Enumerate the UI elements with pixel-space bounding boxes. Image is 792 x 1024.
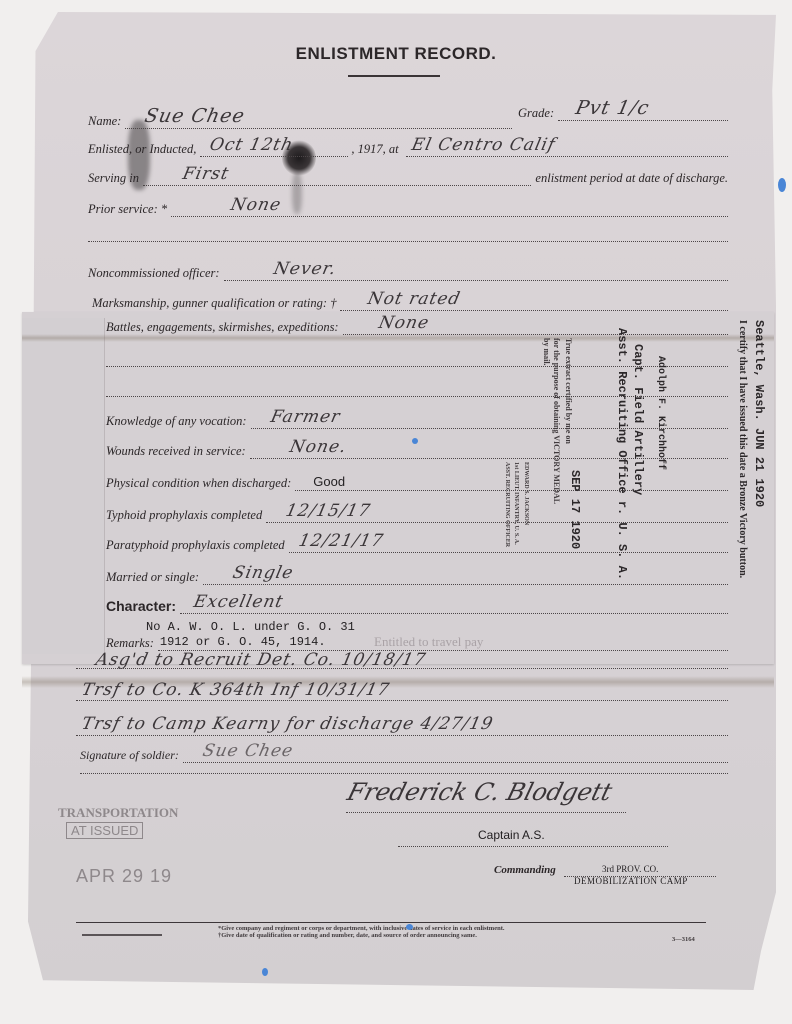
transportation-stamp-line2: AT ISSUED: [66, 822, 143, 839]
victory-button-officer-rank: Capt. Field Artillery: [631, 344, 645, 495]
officer-signature-line: [346, 812, 626, 813]
name-value: Sue Chee: [143, 105, 247, 127]
field-name: Name: Sue Chee: [88, 114, 512, 129]
vocation-value: Farmer: [268, 407, 341, 427]
title-underline: [348, 75, 440, 77]
victory-medal-officer-rank: 1st LIEUT. INFANTRY, U. S. A.: [512, 462, 520, 545]
field-serving: Serving in First enlistment period at da…: [88, 171, 728, 186]
wounds-value: None.: [288, 437, 349, 457]
flap-left-strip: [22, 318, 105, 654]
name-label: Name:: [88, 114, 121, 129]
field-grade: Grade: Pvt 1/c: [518, 106, 728, 121]
transportation-stamp-date: APR 29 19: [76, 866, 172, 887]
commanding-unit-line2: DEMOBILIZATION CAMP: [574, 876, 688, 886]
blue-ink-mark: [412, 438, 418, 444]
serving-label: Serving in: [88, 171, 139, 186]
field-soldier-signature: Signature of soldier: Sue Chee: [80, 748, 728, 763]
character-label: Character:: [106, 598, 176, 614]
victory-medal-text-2: for the purpose of obtaining VICTORY MED…: [552, 338, 560, 504]
officer-title: Captain A.S.: [478, 828, 545, 842]
remarks-faint-note: Entitled to travel pay: [374, 634, 483, 650]
field-nco: Noncommissioned officer: Never.: [88, 266, 728, 281]
footer-rule: [76, 922, 706, 923]
prior-service-line: None: [171, 202, 728, 217]
wounds-label: Wounds received in service:: [106, 444, 246, 459]
victory-button-officer-name: Adolph F. Kirchhoff: [655, 356, 666, 470]
remarks-handwritten-2: Trsf to Co. K 364th Inf 10/31/17: [80, 680, 392, 700]
field-typhoid: Typhoid prophylaxis completed 12/15/17: [106, 508, 728, 523]
remarks-line-3: [76, 735, 728, 736]
nco-value: Never.: [271, 259, 338, 279]
footnote-2: †Give date of qualification or rating an…: [218, 932, 477, 940]
married-label: Married or single:: [106, 570, 199, 585]
grade-line: Pvt 1/c: [558, 106, 728, 121]
form-number: 3—3164: [672, 936, 695, 944]
field-marksmanship: Marksmanship, gunner qualification or ra…: [92, 296, 728, 311]
battles-label: Battles, engagements, skirmishes, expedi…: [106, 320, 339, 335]
blue-ink-mark: [778, 178, 786, 192]
remarks-handwritten-1: Asg'd to Recruit Det. Co. 10/18/17: [94, 650, 428, 670]
officer-signature: Frederick C. Blodgett: [344, 778, 615, 806]
grade-value: Pvt 1/c: [574, 97, 652, 119]
prior-service-label: Prior service: *: [88, 202, 167, 217]
remarks-typed-line1: No A. W. O. L. under G. O. 31: [146, 620, 355, 634]
soldier-signature-extra-line: [80, 773, 728, 774]
enlisted-date-line: Oct 12th: [200, 142, 348, 157]
victory-button-city-date: Seattle, Wash. JUN 21 1920: [752, 320, 766, 507]
nco-label: Noncommissioned officer:: [88, 266, 220, 281]
victory-medal-officer-name: EDWARD S. JACKSON: [522, 462, 530, 525]
transportation-stamp-line1: TRANSPORTATION: [58, 805, 178, 821]
victory-button-office: Asst. Recruiting Office r. U. S. A.: [615, 328, 629, 580]
character-line: Excellent: [180, 599, 728, 614]
serving-line: First: [143, 171, 531, 186]
typhoid-line: 12/15/17: [266, 508, 728, 523]
married-value: Single: [231, 563, 296, 583]
soldier-signature-label: Signature of soldier:: [80, 748, 179, 763]
field-married: Married or single: Single: [106, 570, 728, 585]
marksmanship-label: Marksmanship, gunner qualification or ra…: [92, 296, 336, 311]
physical-value: Good: [313, 474, 345, 489]
enlisted-year: , 1917, at: [351, 142, 398, 157]
vocation-label: Knowledge of any vocation:: [106, 414, 247, 429]
marksmanship-line: Not rated: [340, 296, 728, 311]
battles-value: None: [376, 313, 430, 333]
officer-title-line: [398, 846, 668, 847]
commanding-label: Commanding: [494, 864, 556, 876]
remarks-line-2: [76, 700, 728, 701]
field-character: Character: Excellent: [106, 598, 728, 614]
fold-crease: [22, 334, 774, 342]
remarks-label: Remarks:: [106, 636, 154, 651]
field-enlisted: Enlisted, or Inducted, Oct 12th , 1917, …: [88, 142, 728, 157]
prior-service-extra-line: [88, 241, 728, 242]
field-paratyphoid: Paratyphoid prophylaxis completed 12/21/…: [106, 538, 728, 553]
blue-ink-mark: [406, 924, 413, 930]
field-prior-service: Prior service: * None: [88, 202, 728, 217]
paratyphoid-label: Paratyphoid prophylaxis completed: [106, 538, 285, 553]
soldier-signature-line: Sue Chee: [183, 748, 728, 763]
name-line: Sue Chee: [125, 114, 512, 129]
enlisted-label: Enlisted, or Inducted,: [88, 142, 196, 157]
marksmanship-value: Not rated: [366, 289, 463, 309]
footer-short-rule: [82, 934, 162, 936]
field-battles: Battles, engagements, skirmishes, expedi…: [106, 320, 728, 335]
physical-label: Physical condition when discharged:: [106, 476, 291, 491]
battles-line: None: [343, 320, 728, 335]
enlisted-place-line: El Centro Calif: [406, 142, 728, 157]
remarks-typed-line2: 1912 or G. O. 45, 1914.: [160, 635, 326, 649]
character-value: Excellent: [192, 592, 286, 612]
paratyphoid-value: 12/21/17: [297, 531, 386, 551]
victory-medal-text-3: by mail.: [542, 338, 550, 366]
victory-medal-date: SEP 17 1920: [568, 470, 582, 549]
commanding-unit-line1: 3rd PROV. CO.: [602, 864, 658, 874]
remarks-handwritten-3: Trsf to Camp Kearny for discharge 4/27/1…: [80, 714, 495, 734]
victory-button-cert-text: I certify that I have issued this date a…: [737, 320, 748, 578]
page-title: ENLISTMENT RECORD.: [0, 44, 792, 64]
typhoid-value: 12/15/17: [284, 501, 373, 521]
nco-line: Never.: [224, 266, 728, 281]
soldier-signature-value: Sue Chee: [201, 741, 295, 761]
victory-medal-text-1: True extract certified by me on: [564, 338, 572, 444]
married-line: Single: [203, 570, 728, 585]
prior-service-value: None: [229, 195, 283, 215]
grade-label: Grade:: [518, 106, 554, 121]
victory-medal-officer-role: ASST. RECRUITING OFFICER: [503, 462, 511, 547]
serving-suffix: enlistment period at date of discharge.: [535, 171, 728, 186]
enlisted-date-value: Oct 12th: [208, 135, 295, 155]
blue-ink-mark: [262, 968, 268, 976]
serving-value: First: [181, 164, 231, 184]
typhoid-label: Typhoid prophylaxis completed: [106, 508, 262, 523]
enlisted-place-value: El Centro Calif: [409, 135, 556, 155]
